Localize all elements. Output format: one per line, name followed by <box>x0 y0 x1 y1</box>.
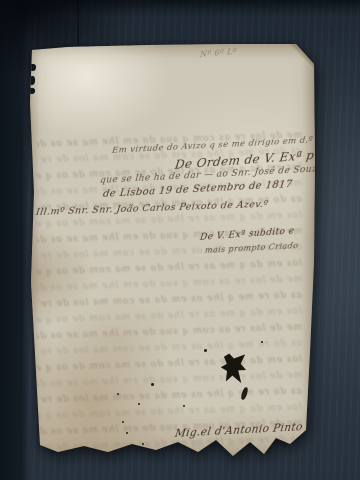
edge-ink-mark <box>28 64 36 71</box>
ink-speck <box>183 405 185 407</box>
ink-speck <box>261 341 263 343</box>
photo-canvas: me de los re as com q sua do em lhe ma s… <box>0 0 360 480</box>
edge-ink-mark <box>29 76 35 85</box>
fold-corner <box>284 44 316 70</box>
edge-ink-mark <box>28 88 35 94</box>
ink-speck <box>122 421 124 423</box>
bleed-through-row: as do re me q lhe os em da se com ma los… <box>36 434 302 453</box>
paper-surface: me de los re as com q sua do em lhe ma s… <box>28 42 316 460</box>
ink-speck <box>142 443 144 445</box>
ink-speck <box>204 349 207 352</box>
pencil-annotation: Nº 6º Lº <box>200 47 237 59</box>
ink-speck <box>117 393 119 395</box>
backdrop-seam <box>77 0 79 46</box>
ink-speck <box>126 432 128 434</box>
ink-speck <box>138 403 140 405</box>
paper-sheet: me de los re as com q sua do em lhe ma s… <box>28 42 316 460</box>
ink-speck <box>151 383 154 386</box>
